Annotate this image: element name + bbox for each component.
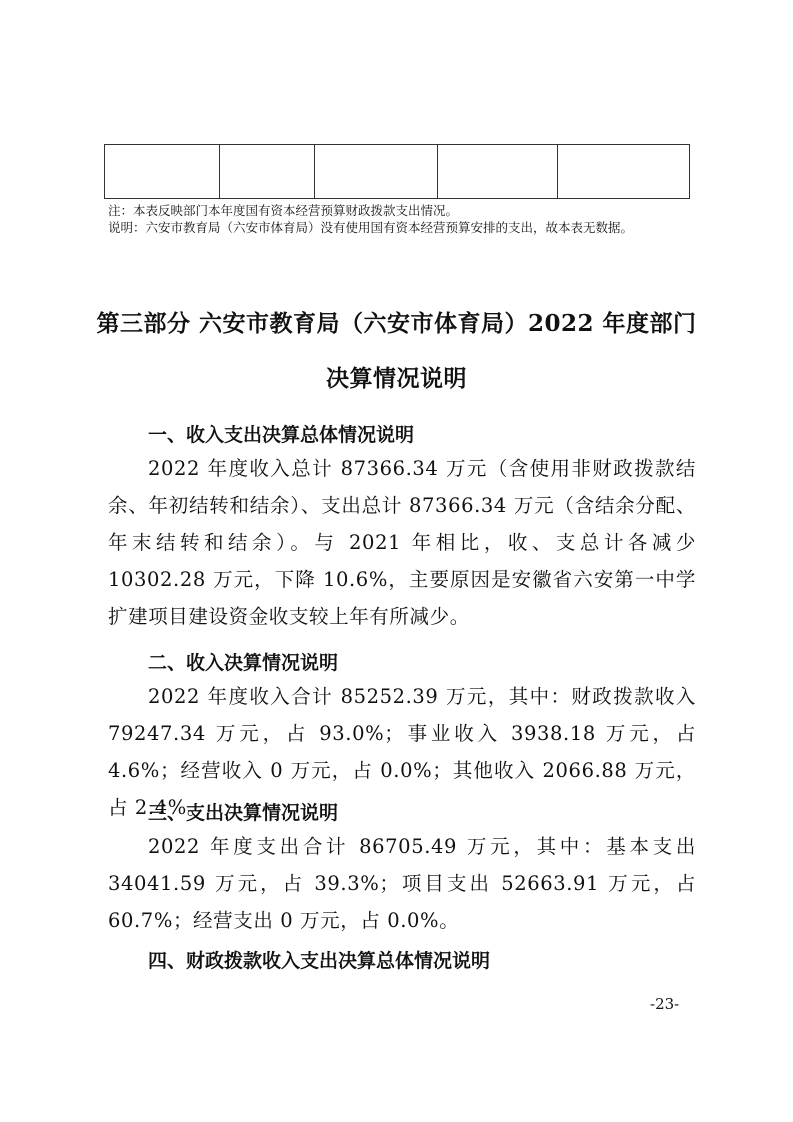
table-cell xyxy=(437,145,558,199)
section-heading-1: 一、收入支出决算总体情况说明 xyxy=(148,420,414,447)
table-row xyxy=(105,145,690,199)
table-cell xyxy=(219,145,314,199)
table-note: 注：本表反映部门本年度国有资本经营预算财政拨款支出情况。 xyxy=(108,203,693,219)
table-cell xyxy=(558,145,690,199)
section-body-1: 2022 年度收入总计 87366.34 万元（含使用非财政拨款结余、年初结转和… xyxy=(108,450,696,635)
part-title-line2: 决算情况说明 xyxy=(0,360,793,393)
table-cell xyxy=(314,145,437,199)
page-number: -23- xyxy=(650,995,679,1013)
section-heading-2: 二、收入决算情况说明 xyxy=(148,648,338,675)
table-explanation: 说明：六安市教育局（六安市体育局）没有使用国有资本经营预算安排的支出，故本表无数… xyxy=(108,220,693,236)
section-heading-4: 四、财政拨款收入支出决算总体情况说明 xyxy=(148,946,490,973)
part-title-line1: 第三部分 六安市教育局（六安市体育局）2022 年度部门 xyxy=(0,305,793,338)
section-body-3: 2022 年度支出合计 86705.49 万元，其中：基本支出 34041.59… xyxy=(108,828,696,939)
section-heading-3: 三、支出决算情况说明 xyxy=(148,798,338,825)
table-cell xyxy=(105,145,220,199)
empty-state-capital-budget-table xyxy=(104,144,690,199)
